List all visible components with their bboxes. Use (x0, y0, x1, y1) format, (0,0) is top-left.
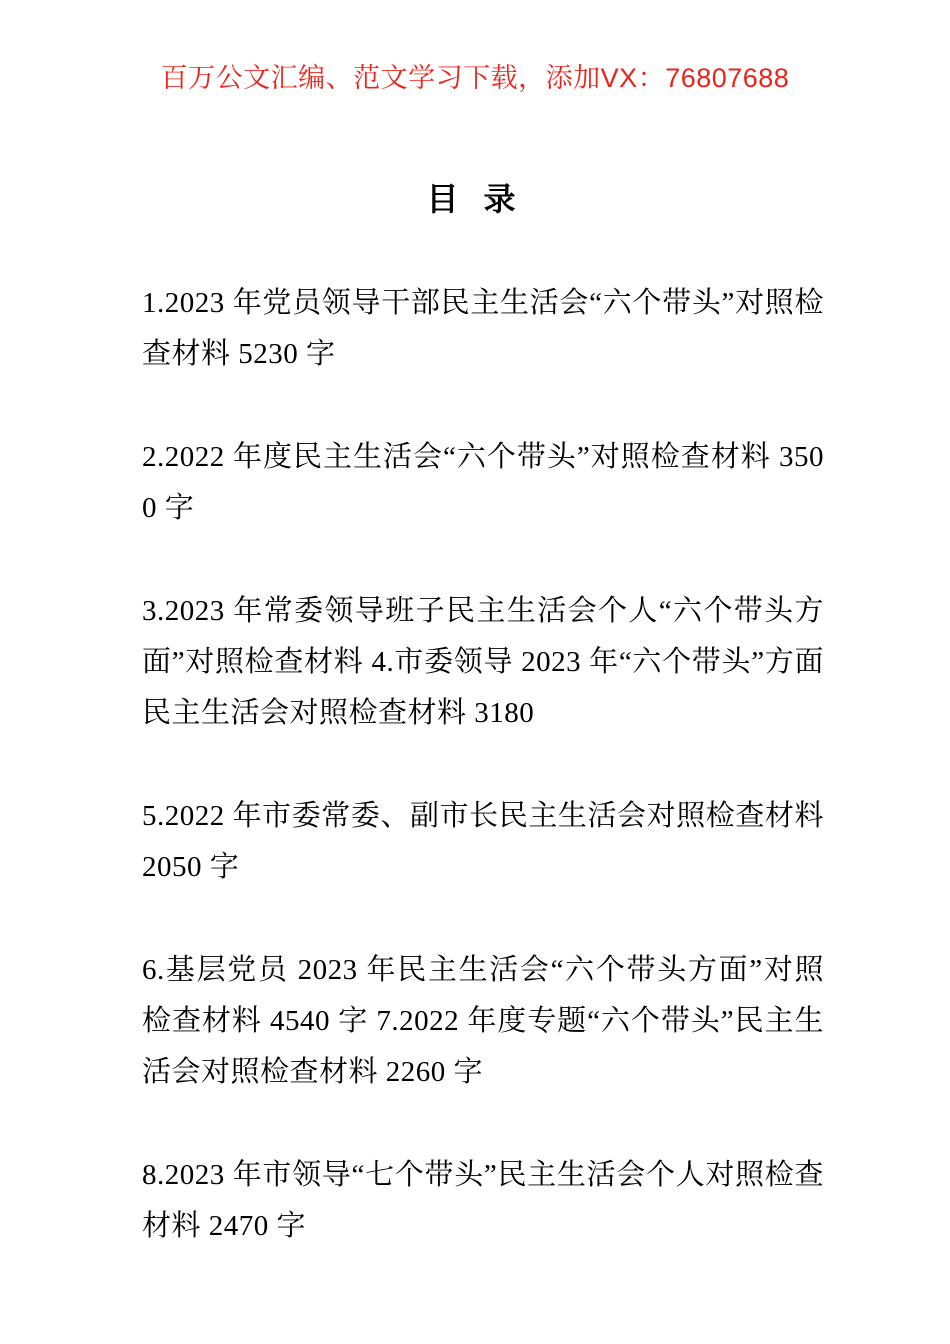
toc-item: 8.2023 年市领导“七个带头”民主生活会个人对照检查材料 2470 字 (142, 1150, 824, 1252)
page-title: 目 录 (0, 182, 950, 216)
document-page: 百万公文汇编、范文学习下载，添加VX：76807688 目 录 1.2023 年… (0, 0, 950, 1344)
table-of-contents: 1.2023 年党员领导干部民主生活会“六个带头”对照检查材料 5230 字 2… (142, 278, 824, 1252)
watermark-notice: 百万公文汇编、范文学习下载，添加VX：76807688 (0, 0, 950, 94)
toc-item: 6.基层党员 2023 年民主生活会“六个带头方面”对照检查材料 4540 字 … (142, 945, 824, 1098)
toc-item: 3.2023 年常委领导班子民主生活会个人“六个带头方面”对照检查材料 4.市委… (142, 586, 824, 739)
toc-item: 2.2022 年度民主生活会“六个带头”对照检查材料 3500 字 (142, 432, 824, 534)
toc-item: 5.2022 年市委常委、副市长民主生活会对照检查材料 2050 字 (142, 791, 824, 893)
toc-item: 1.2023 年党员领导干部民主生活会“六个带头”对照检查材料 5230 字 (142, 278, 824, 380)
